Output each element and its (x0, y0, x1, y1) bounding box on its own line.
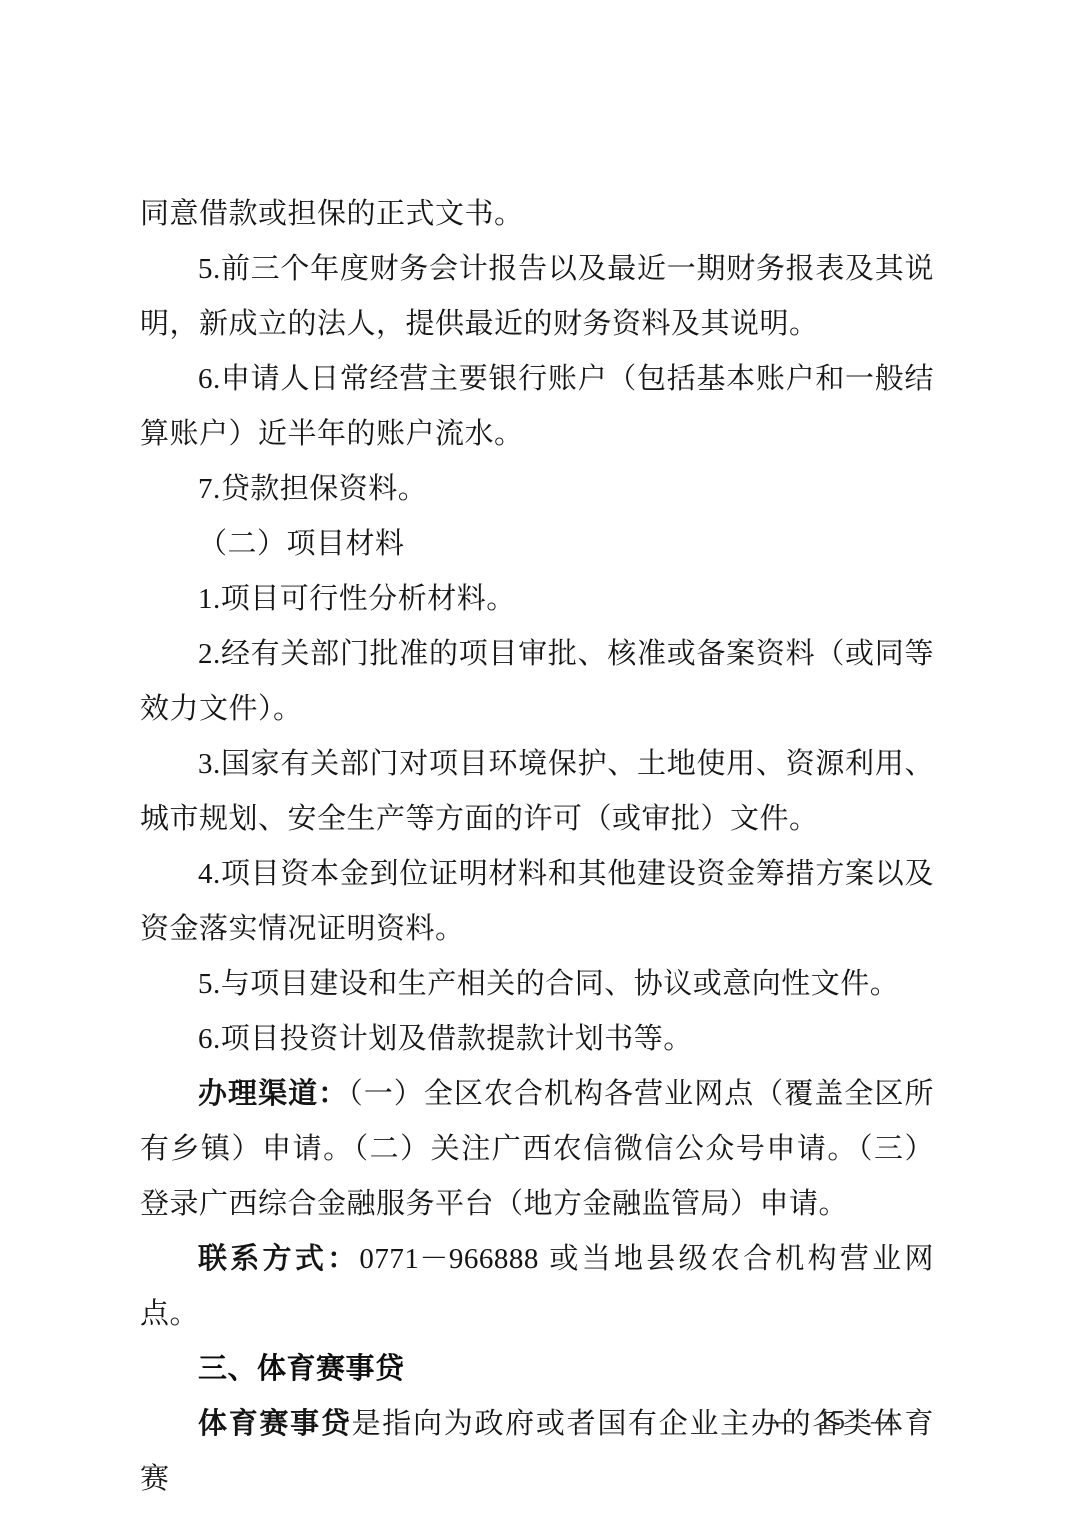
paragraph-lead-sports-loan: 体育赛事贷 (198, 1408, 352, 1440)
page-number: — 15 — (765, 1405, 898, 1436)
paragraph: 5.与项目建设和生产相关的合同、协议或意向性文件。 (140, 957, 934, 1012)
paragraph: 联系方式：0771－966888 或当地县级农合机构营业网点。 (140, 1232, 934, 1342)
page-number-right-dash: — (871, 1405, 898, 1436)
page-number-value: 15 (818, 1405, 845, 1436)
paragraph: 5.前三个年度财务会计报告以及最近一期财务报表及其说明，新成立的法人，提供最近的… (140, 242, 934, 352)
paragraph-text: 2.经有关部门批准的项目审批、核准或备案资料（或同等效力文件）。 (140, 638, 934, 725)
section-heading-text: 三、体育赛事贷 (198, 1353, 405, 1385)
paragraph-text: 6.申请人日常经营主要银行账户（包括基本账户和一般结算账户）近半年的账户流水。 (140, 363, 934, 450)
paragraph-text: 3.国家有关部门对项目环境保护、土地使用、资源利用、城市规划、安全生产等方面的许… (140, 748, 934, 835)
section-heading: 三、体育赛事贷 (140, 1342, 934, 1397)
paragraph: （二）项目材料 (140, 517, 934, 572)
paragraph-lead-contact: 联系方式： (198, 1243, 359, 1275)
paragraph: 办理渠道：（一）全区农合机构各营业网点（覆盖全区所有乡镇）申请。（二）关注广西农… (140, 1067, 934, 1232)
paragraph-text: 5.与项目建设和生产相关的合同、协议或意向性文件。 (198, 968, 899, 1000)
paragraph-text: 4.项目资本金到位证明材料和其他建设资金筹措方案以及资金落实情况证明资料。 (140, 858, 934, 945)
document-body: 同意借款或担保的正式文书。 5.前三个年度财务会计报告以及最近一期财务报表及其说… (0, 0, 1074, 1507)
paragraph: 1.项目可行性分析材料。 (140, 572, 934, 627)
paragraph-lead-channels: 办理渠道： (198, 1078, 348, 1110)
paragraph-text: 6.项目投资计划及借款提款计划书等。 (198, 1023, 693, 1055)
paragraph: 7.贷款担保资料。 (140, 462, 934, 517)
paragraph: 6.项目投资计划及借款提款计划书等。 (140, 1012, 934, 1067)
paragraph-text: 7.贷款担保资料。 (198, 473, 427, 505)
paragraph: 4.项目资本金到位证明材料和其他建设资金筹措方案以及资金落实情况证明资料。 (140, 847, 934, 957)
document-page: 同意借款或担保的正式文书。 5.前三个年度财务会计报告以及最近一期财务报表及其说… (0, 0, 1074, 1520)
paragraph-text: （二）项目材料 (198, 528, 405, 560)
paragraph-text: 1.项目可行性分析材料。 (198, 583, 516, 615)
paragraph-text: 5.前三个年度财务会计报告以及最近一期财务报表及其说明，新成立的法人，提供最近的… (140, 253, 934, 340)
paragraph: 2.经有关部门批准的项目审批、核准或备案资料（或同等效力文件）。 (140, 627, 934, 737)
paragraph: 6.申请人日常经营主要银行账户（包括基本账户和一般结算账户）近半年的账户流水。 (140, 352, 934, 462)
paragraph: 3.国家有关部门对项目环境保护、土地使用、资源利用、城市规划、安全生产等方面的许… (140, 737, 934, 847)
paragraph-text: 同意借款或担保的正式文书。 (140, 198, 524, 230)
paragraph: 同意借款或担保的正式文书。 (140, 187, 934, 242)
page-number-left-dash: — (765, 1405, 792, 1436)
